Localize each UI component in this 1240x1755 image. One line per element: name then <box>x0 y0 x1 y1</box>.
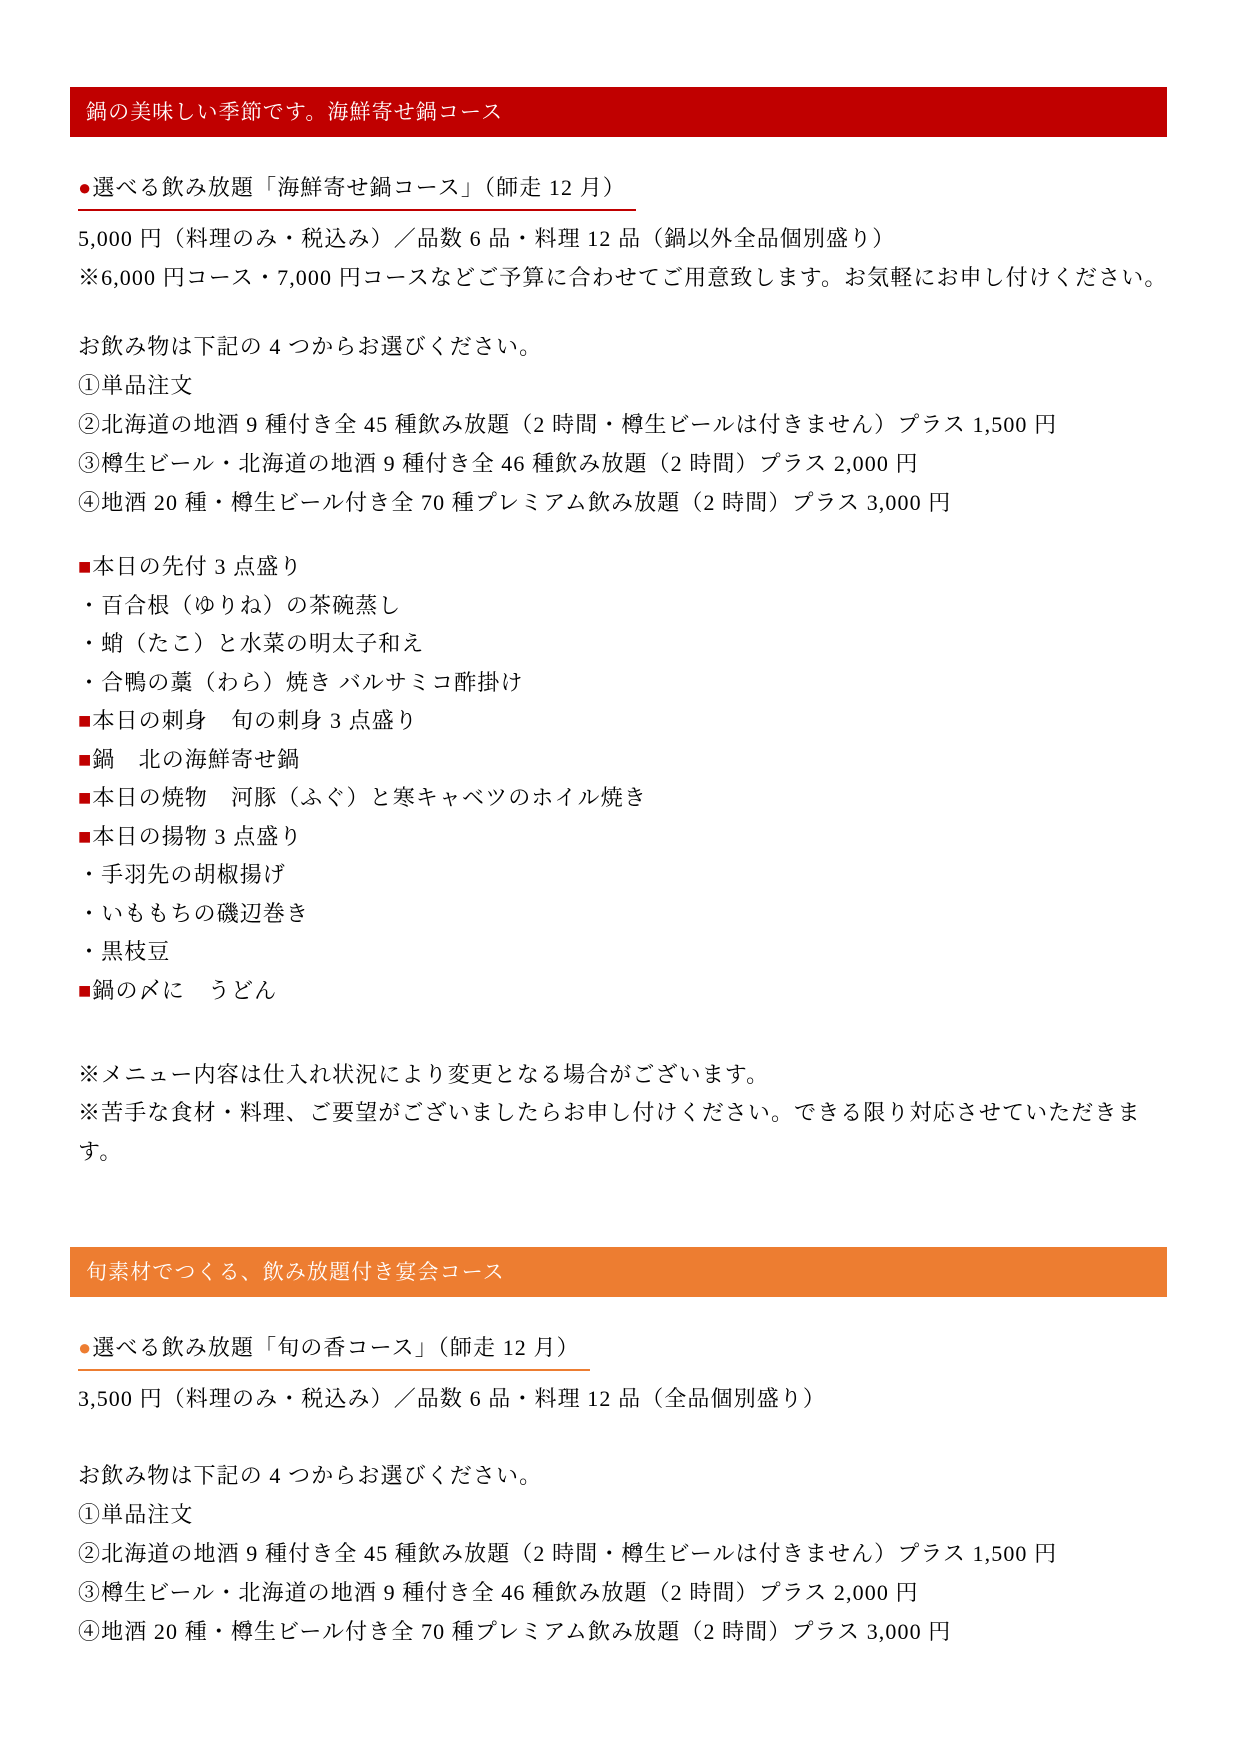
menu-item: ・黒枝豆 <box>78 933 1166 972</box>
course-heading-shunnoka: ●選べる飲み放題「旬の香コース」（師走 12 月） <box>78 1331 1166 1371</box>
menu-text: 百合根（ゆりね）の茶碗蒸し <box>101 593 401 618</box>
red-circle-bullet-icon: ● <box>78 175 92 200</box>
menu-item: ■鍋の〆に うどん <box>78 972 1166 1011</box>
spacer <box>78 297 1166 327</box>
drink-option: ②北海道の地酒 9 種付き全 45 種飲み放題（2 時間・樽生ビールは付きません… <box>78 405 1166 444</box>
banner-title: 旬素材でつくる、飲み放題付き宴会コース <box>86 1260 505 1284</box>
section-content: ●選べる飲み放題「海鮮寄せ鍋コース」（師走 12 月） 5,000 円（料理のみ… <box>78 171 1166 1171</box>
drink-option: ③樽生ビール・北海道の地酒 9 種付き全 46 種飲み放題（2 時間）プラス 2… <box>78 1573 1166 1612</box>
menu-item: ■本日の刺身 旬の刺身 3 点盛り <box>78 702 1166 741</box>
menu-text: 黒枝豆 <box>101 939 170 964</box>
orange-circle-bullet-icon: ● <box>78 1335 92 1360</box>
dot-bullet-icon: ・ <box>78 670 101 695</box>
menu-item: ・合鴨の藁（わら）焼き バルサミコ酢掛け <box>78 664 1166 703</box>
menu-text: 鍋 北の海鮮寄せ鍋 <box>92 747 300 772</box>
drink-option: ①単品注文 <box>78 366 1166 405</box>
menu-text: 手羽先の胡椒揚げ <box>101 862 286 887</box>
menu-item: ■本日の揚物 3 点盛り <box>78 818 1166 857</box>
menu-text: 合鴨の藁（わら）焼き バルサミコ酢掛け <box>101 670 523 695</box>
menu-item: ・手羽先の胡椒揚げ <box>78 856 1166 895</box>
drink-option: ①単品注文 <box>78 1495 1166 1534</box>
drink-option: ③樽生ビール・北海道の地酒 9 種付き全 46 種飲み放題（2 時間）プラス 2… <box>78 444 1166 483</box>
red-square-bullet-icon: ■ <box>78 785 92 810</box>
dot-bullet-icon: ・ <box>78 593 101 618</box>
section-banner-nabe: 鍋の美味しい季節です。海鮮寄せ鍋コース <box>70 87 1167 137</box>
course-heading-text: 選べる飲み放題「海鮮寄せ鍋コース」（師走 12 月） <box>92 175 626 200</box>
menu-item: ■本日の焼物 河豚（ふぐ）と寒キャベツのホイル焼き <box>78 779 1166 818</box>
menu-item: ・蛸（たこ）と水菜の明太子和え <box>78 625 1166 664</box>
menu-item: ・いももちの磯辺巻き <box>78 895 1166 934</box>
footnote: ※苦手な食材・料理、ご要望がございましたらお申し付けください。できる限り対応させ… <box>78 1094 1166 1171</box>
budget-note: ※6,000 円コース・7,000 円コースなどご予算に合わせてご用意致します。… <box>78 258 1166 297</box>
course-heading-text: 選べる飲み放題「旬の香コース」（師走 12 月） <box>92 1335 579 1360</box>
footnote: ※メニュー内容は仕入れ状況により変更となる場合がございます。 <box>78 1055 1166 1094</box>
section-content: ●選べる飲み放題「旬の香コース」（師走 12 月） 3,500 円（料理のみ・税… <box>78 1331 1166 1651</box>
course-heading-kaisen: ●選べる飲み放題「海鮮寄せ鍋コース」（師走 12 月） <box>78 171 1166 211</box>
drink-option: ④地酒 20 種・樽生ビール付き全 70 種プレミアム飲み放題（2 時間）プラス… <box>78 483 1166 522</box>
dot-bullet-icon: ・ <box>78 901 101 926</box>
red-square-bullet-icon: ■ <box>78 747 92 772</box>
menu-page: 鍋の美味しい季節です。海鮮寄せ鍋コース ●選べる飲み放題「海鮮寄せ鍋コース」（師… <box>0 0 1240 1755</box>
red-square-bullet-icon: ■ <box>78 554 92 579</box>
menu-text: 鍋の〆に うどん <box>92 978 277 1003</box>
drinks-intro: お飲み物は下記の 4 つからお選びください。 <box>78 1456 1166 1495</box>
spacer <box>78 1418 1166 1456</box>
menu-text: いももちの磯辺巻き <box>101 901 309 926</box>
section-kaisen-nabe: 鍋の美味しい季節です。海鮮寄せ鍋コース ●選べる飲み放題「海鮮寄せ鍋コース」（師… <box>0 87 1240 1171</box>
menu-text: 本日の揚物 3 点盛り <box>92 824 302 849</box>
dot-bullet-icon: ・ <box>78 862 101 887</box>
menu-item: ・百合根（ゆりね）の茶碗蒸し <box>78 587 1166 626</box>
section-enkai-course: 旬素材でつくる、飲み放題付き宴会コース ●選べる飲み放題「旬の香コース」（師走 … <box>0 1247 1240 1651</box>
red-square-bullet-icon: ■ <box>78 708 92 733</box>
banner-title: 鍋の美味しい季節です。海鮮寄せ鍋コース <box>86 100 503 124</box>
price-line: 5,000 円（料理のみ・税込み）／品数 6 品・料理 12 品（鍋以外全品個別… <box>78 219 1166 258</box>
price-line: 3,500 円（料理のみ・税込み）／品数 6 品・料理 12 品（全品個別盛り） <box>78 1379 1166 1418</box>
spacer <box>78 1010 1166 1055</box>
spacer <box>78 522 1166 548</box>
drink-option: ②北海道の地酒 9 種付き全 45 種飲み放題（2 時間・樽生ビールは付きません… <box>78 1534 1166 1573</box>
menu-text: 本日の刺身 旬の刺身 3 点盛り <box>92 708 418 733</box>
dot-bullet-icon: ・ <box>78 631 101 656</box>
drinks-intro: お飲み物は下記の 4 つからお選びください。 <box>78 327 1166 366</box>
red-square-bullet-icon: ■ <box>78 824 92 849</box>
dot-bullet-icon: ・ <box>78 939 101 964</box>
menu-text: 本日の焼物 河豚（ふぐ）と寒キャベツのホイル焼き <box>92 785 646 810</box>
menu-text: 本日の先付 3 点盛り <box>92 554 302 579</box>
section-banner-enkai: 旬素材でつくる、飲み放題付き宴会コース <box>70 1247 1167 1297</box>
red-square-bullet-icon: ■ <box>78 978 92 1003</box>
menu-item: ■鍋 北の海鮮寄せ鍋 <box>78 741 1166 780</box>
menu-text: 蛸（たこ）と水菜の明太子和え <box>101 631 424 656</box>
menu-item: ■本日の先付 3 点盛り <box>78 548 1166 587</box>
drink-option: ④地酒 20 種・樽生ビール付き全 70 種プレミアム飲み放題（2 時間）プラス… <box>78 1612 1166 1651</box>
